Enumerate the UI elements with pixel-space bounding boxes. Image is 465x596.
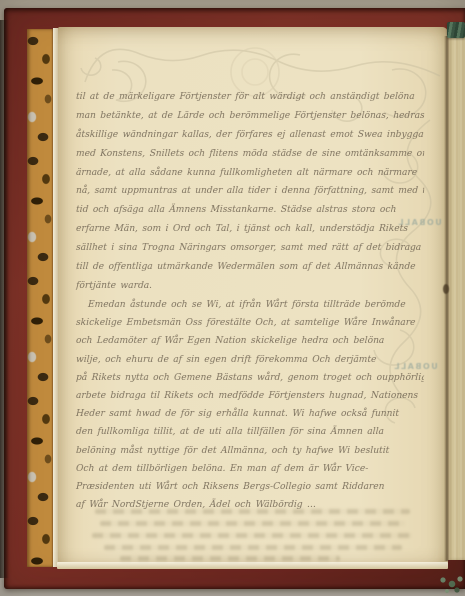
marbled-endpaper bbox=[27, 29, 53, 567]
showthrough-text-line bbox=[100, 521, 405, 526]
handwritten-line: nå, samt uppmuntras at under alla tider … bbox=[76, 182, 425, 201]
handwritten-paragraph-2: Emedan åstunde och se Wi, at ifrån Wårt … bbox=[76, 296, 424, 514]
handwritten-line: Och at dem tillbörligen belöna. En man a… bbox=[76, 460, 425, 478]
showthrough-text-line bbox=[92, 533, 412, 538]
handwritten-line: den fullkomliga tillit, at de uti alla t… bbox=[76, 423, 425, 441]
handwritten-line: ärnade, at alla sådane kunna fullkomligh… bbox=[76, 164, 425, 183]
ink-blot bbox=[443, 284, 449, 294]
handwritten-line: till de offentliga utmärkande Wedermälen… bbox=[76, 258, 425, 277]
handwritten-line: wilje, och ehuru de af sin egen drift fö… bbox=[76, 351, 425, 369]
handwritten-line: och Ledamöter af Wår Egen Nation skickel… bbox=[76, 332, 425, 350]
handwritten-line: åtskillige wändningar kallas, der förfar… bbox=[76, 126, 425, 145]
gutter-shadow bbox=[0, 20, 9, 578]
handwritten-line: erfarne Män, som i Ord och Tal, i tjänst… bbox=[76, 220, 425, 239]
handwritten-line: man betänkte, at de Lärde och berömmelig… bbox=[76, 107, 425, 126]
handwritten-line: på Rikets nytta och Gemene Bästans wård,… bbox=[76, 369, 425, 387]
headband-tassel-bottom bbox=[437, 571, 465, 596]
handwritten-line: tid och afsäga alla Ämnens Misstankarne.… bbox=[76, 201, 425, 220]
handwritten-line: skickelige Embetsmän Oss förestälte Och,… bbox=[76, 314, 425, 332]
page-crease bbox=[444, 36, 449, 561]
showthrough-text-line bbox=[95, 509, 410, 514]
handwritten-paragraph-1: til at de märkeligare Förtjenster för al… bbox=[76, 88, 424, 296]
handwritten-line: sällhet i sina Trogna Näringars omsorger… bbox=[76, 239, 425, 258]
showthrough-text-line bbox=[104, 545, 402, 550]
headband-top bbox=[447, 22, 465, 38]
handwritten-line: arbete bidraga til Rikets och medfödde F… bbox=[76, 387, 425, 405]
page-fore-edge bbox=[448, 36, 465, 560]
page-bottom-edge bbox=[57, 562, 448, 569]
handwritten-line: förtjänte warda. bbox=[76, 277, 425, 296]
handwritten-line: Emedan åstunde och se Wi, at ifrån Wårt … bbox=[76, 296, 425, 314]
handwritten-line: Heder samt hwad de för sig erhålla kunna… bbox=[76, 405, 425, 423]
handwritten-line: belöning måst nyttige för det Allmänna, … bbox=[76, 442, 425, 460]
manuscript-photograph: UOBALL UOBALL til at de märkeligare Fört… bbox=[0, 0, 465, 596]
handwritten-line: Præsidenten uti Wårt och Riksens Bergs-C… bbox=[76, 478, 425, 496]
showthrough-text-line bbox=[120, 556, 340, 561]
handwritten-line: til at de märkeligare Förtjenster för al… bbox=[76, 88, 425, 107]
handwritten-line: med Konstens, Snillets och flitens möda … bbox=[76, 145, 425, 164]
